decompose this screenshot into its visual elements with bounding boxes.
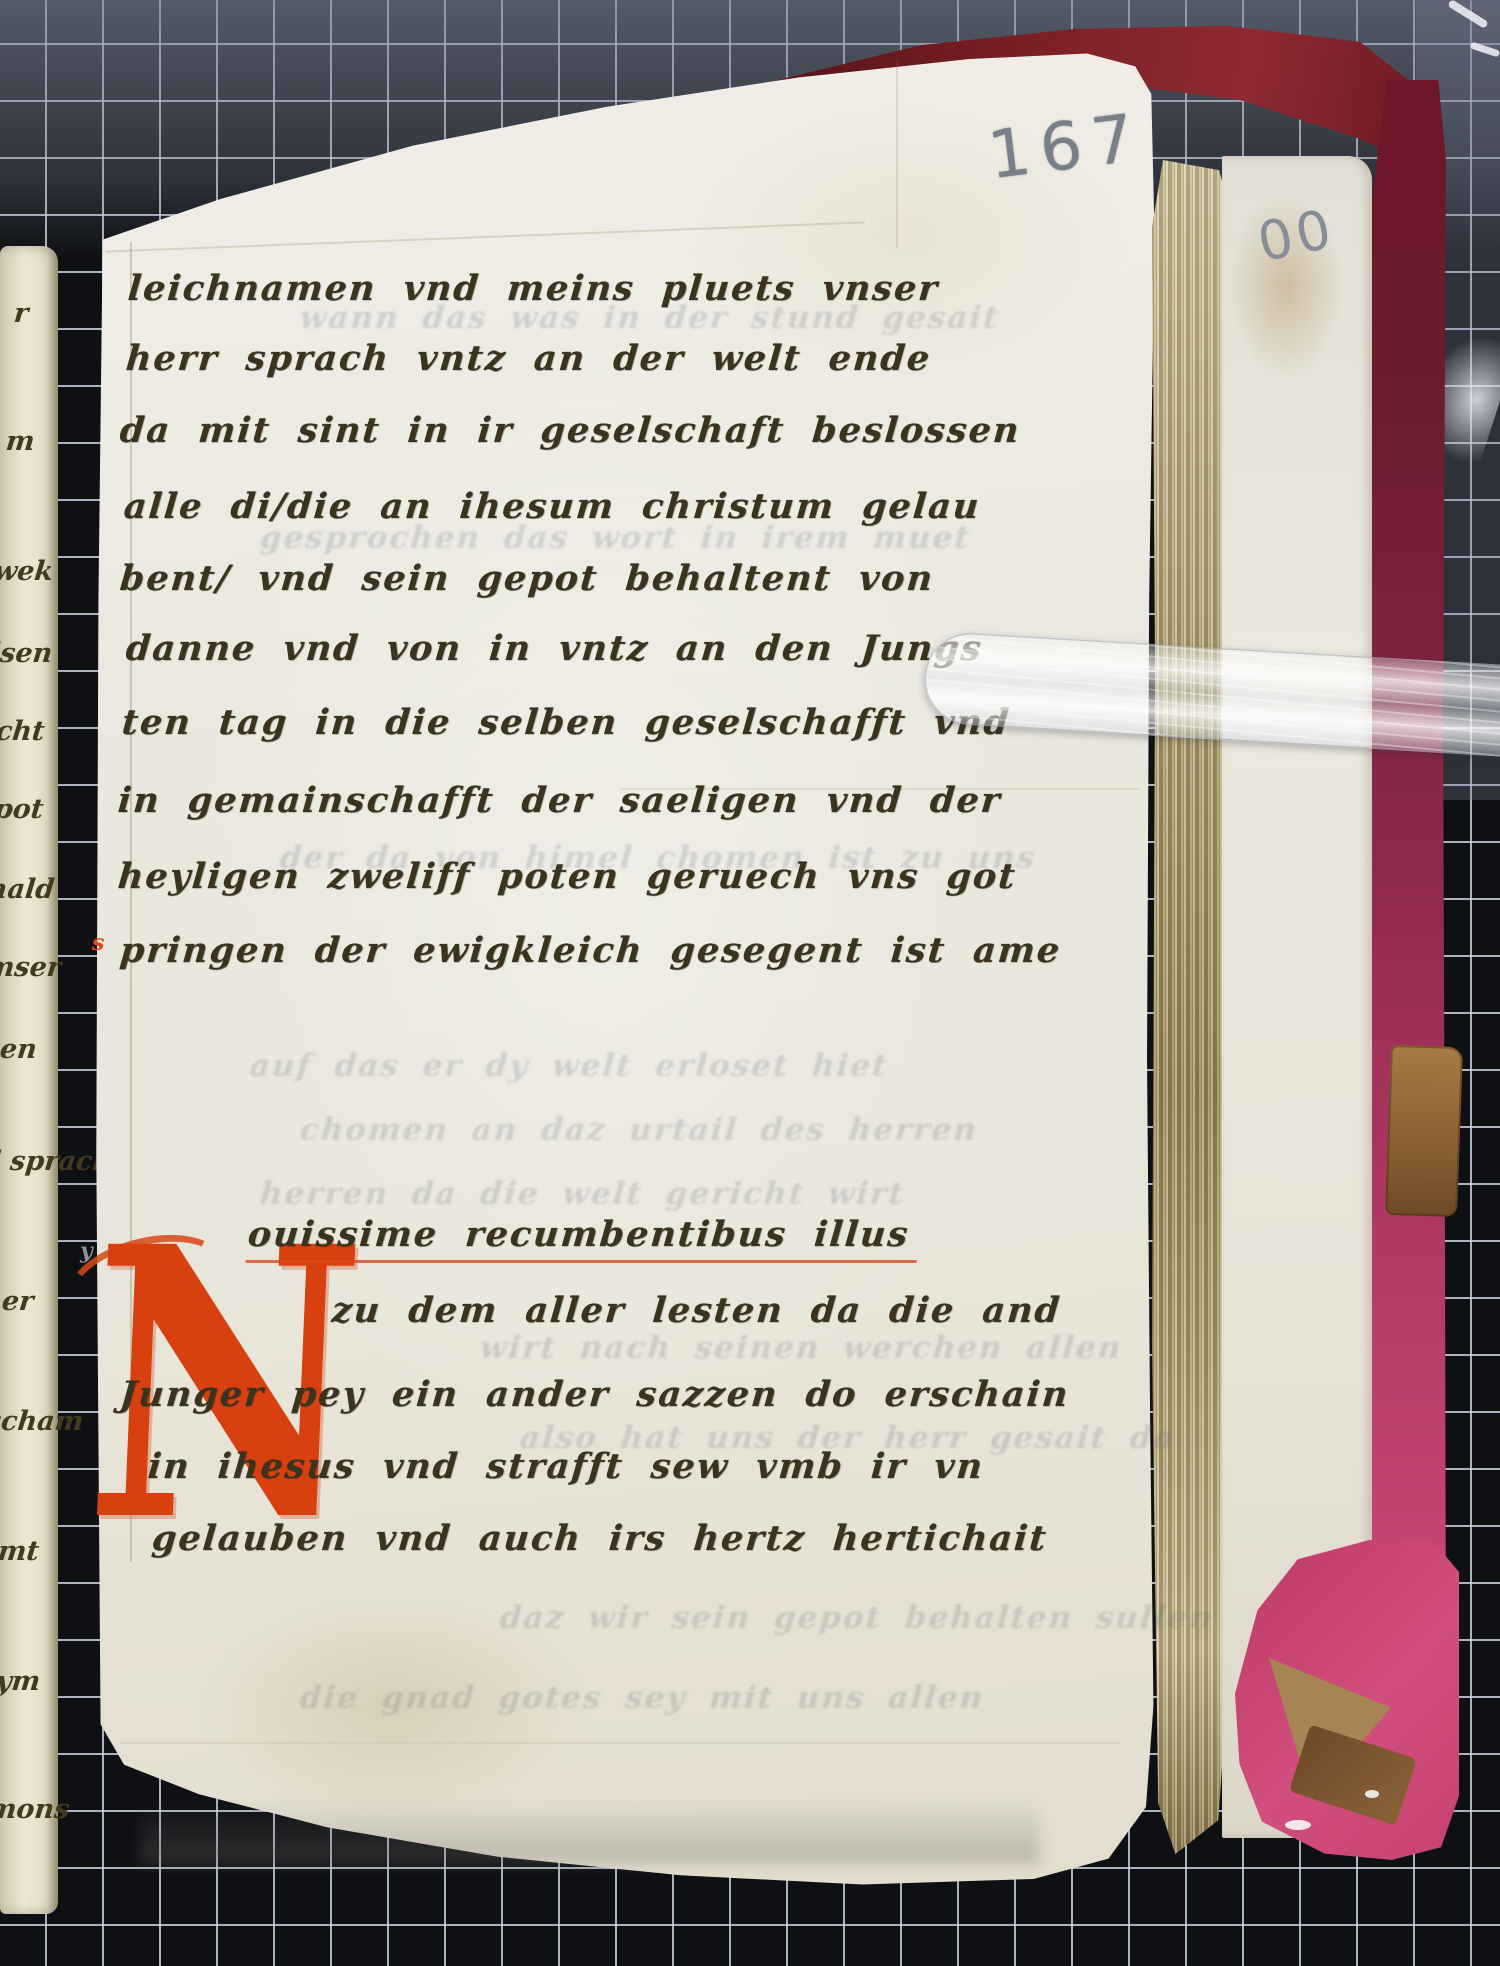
latin-rubric-text: ouissime recumbentibus illus — [246, 1214, 922, 1263]
vertical-crease — [896, 58, 898, 248]
text-fragment: mser — [0, 952, 63, 983]
text-fragment: wek — [0, 556, 55, 587]
text-fragment: lsen — [0, 638, 54, 669]
facing-page-sliver: r m wek lsen cht pot hald mser en d spra… — [0, 246, 58, 1914]
text-fragment: m — [4, 426, 36, 457]
text-fragment: en — [0, 1034, 38, 1065]
text-fragment: pot — [0, 794, 45, 825]
manuscript-line: heyligen zweliff poten geruech vns got — [116, 856, 1018, 897]
manuscript-line: ten tag in die selben geselschafft vnd — [120, 702, 1012, 743]
manuscript-line: herr sprach vntz an der welt ende — [124, 338, 933, 379]
manuscript-line: in gemainschafft der saeligen vnd der — [116, 780, 1003, 821]
red-margin-mark: s — [92, 930, 104, 956]
manuscript-line: leichnamen vnd meins pluets vnser — [126, 268, 940, 309]
manuscript-line: alle di/die an ihesum christum gelau — [122, 486, 982, 527]
text-fragment: hald — [0, 874, 56, 905]
manuscript-line: gelauben vnd auch irs hertz hertichait — [150, 1518, 1049, 1559]
text-fragment: cht — [0, 716, 46, 747]
show-through-line: chomen an daz urtail des herren — [298, 1112, 979, 1148]
manuscript-line: in ihesus vnd strafft sew vmb ir vn — [146, 1446, 985, 1487]
horizontal-crease — [120, 1742, 1120, 1744]
manuscript-line: danne vnd von in vntz an den Jungs — [124, 628, 984, 669]
text-fragment: er — [0, 1286, 35, 1317]
show-through-line: daz wir sein gepot behalten sullen — [498, 1600, 1215, 1636]
clasp-strap-remnant — [1385, 1045, 1463, 1217]
photo-of-manuscript-on-cutting-mat: r m wek lsen cht pot hald mser en d spra… — [0, 0, 1500, 1966]
leather-fleck — [1365, 1790, 1379, 1798]
latin-rubric-line: ouissime recumbentibus illus — [246, 1214, 921, 1255]
corner-strap-detail — [1289, 1724, 1417, 1825]
bottom-smudge — [140, 1800, 1040, 1864]
text-fragment: mons — [0, 1794, 71, 1825]
leather-fleck — [1285, 1820, 1311, 1830]
text-fragment: mt — [0, 1536, 41, 1567]
text-fragment: r — [12, 298, 29, 329]
manuscript-line: da mit sint in ir geselschaft beslossen — [118, 410, 1022, 451]
manuscript-line: bent/ vnd sein gepot behaltent von — [118, 558, 936, 599]
show-through-line: auf das er dy welt erloset hiet — [248, 1048, 890, 1084]
manuscript-line: Junger pey ein ander sazzen do erschain — [118, 1374, 1071, 1415]
manuscript-line: zu dem aller lesten da die and — [330, 1290, 1063, 1331]
text-fragment: scham — [0, 1406, 85, 1437]
text-fragment: ym — [0, 1666, 42, 1697]
show-through-line: wirt nach seinen werchen allen — [478, 1330, 1124, 1366]
manuscript-line: pringen der ewigkleich gesegent ist ame — [118, 930, 1063, 971]
show-through-line: die gnad gotes sey mit uns allen — [298, 1680, 985, 1716]
